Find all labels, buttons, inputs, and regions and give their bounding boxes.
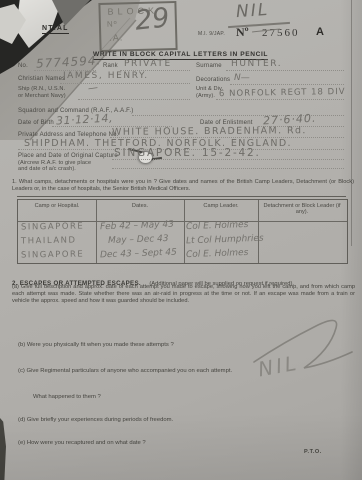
table-divider [96, 200, 97, 263]
question-d: (d) Give briefly your experiences during… [18, 417, 173, 423]
table-row-camp: THAILAND [21, 236, 77, 247]
field-underline [230, 83, 344, 85]
table-row-dates: Dec 43 – Sept 45 [100, 248, 177, 261]
table-row-leader: Col E. Holmes [186, 248, 249, 260]
stamp-no-label: Nº [107, 20, 118, 29]
table-row-camp: SINGAPORE [21, 221, 84, 232]
table-header-camp: Camp or Hospital. [18, 203, 96, 209]
table-row-camp: SINGAPORE [21, 249, 84, 260]
question-1: 1. What camps, detachments or hospitals … [12, 179, 354, 193]
capture-label-3: and date of a/c crash). [18, 166, 76, 172]
decorations-label: Decorations [196, 77, 230, 83]
decorations-value: N— [234, 73, 250, 83]
stamp-a-label: .A. [109, 32, 123, 42]
field-underline [78, 98, 190, 100]
handwritten-block-number: 29 [133, 2, 170, 36]
table-divider [258, 200, 259, 263]
question-c2: What happened to them ? [33, 394, 101, 400]
page-edge [351, 0, 352, 246]
question-e: (e) How were you recaptured and on what … [18, 440, 146, 446]
christian-names-value: JAMES, HENRY. [63, 71, 149, 81]
question-c: (c) Give Regimental particulars of anyon… [18, 368, 232, 374]
ship-label-1: Ship (R.N., U.S.N. [18, 86, 65, 92]
handwritten-nil-large: NIL [252, 312, 362, 397]
capture-label-1: Place and Date of Original Capture [18, 153, 118, 159]
field-underline [110, 136, 344, 138]
question-b: (b) Were you physically fit when you mad… [18, 342, 174, 348]
rank-value: PRIVATE [124, 59, 172, 69]
field-underline [112, 158, 344, 160]
no-label: No. [18, 63, 28, 69]
ref-no-label: Nº [236, 25, 249, 40]
date-of-birth-label: Date of Birth [18, 120, 54, 126]
field-underline [112, 167, 344, 169]
table-header-dates: Dates. [96, 203, 184, 209]
christian-names-label: Christian Names [18, 76, 65, 82]
table-row-dates: May – Dec 43 [108, 234, 169, 246]
rank-label: Rank [103, 63, 118, 69]
field-underline [60, 82, 190, 84]
scan-edge-strip [0, 418, 8, 480]
table-header-detachment: Detachment or Block Leader (if any). [262, 203, 342, 216]
surname-value: HUNTER. [231, 59, 282, 69]
field-underline [226, 69, 344, 71]
table-top-rule [17, 196, 346, 197]
table-header-leader: Camp Leader. [184, 203, 258, 209]
unit-label-2: (Army). [196, 93, 215, 99]
pto-label: P.T.O. [304, 449, 322, 455]
section2-paragraph-a: (a) Give full description and approx. da… [12, 284, 355, 306]
handwritten-nil-top: NIL [235, 0, 270, 22]
ref-suffix: A [316, 26, 324, 38]
table-row-leader: Col E. Holmes [186, 220, 249, 232]
ship-value: — [87, 82, 98, 94]
confidential-stamp-partial: NTIAL [42, 25, 69, 34]
table-row-leader: Lt Col Humphries [186, 234, 264, 247]
scanned-pow-form: NTIAL BLOCK Nº .A. 29 M.I. 9/JAP. Nº 275… [0, 0, 362, 480]
surname-label: Surname [196, 63, 222, 69]
table-divider [184, 200, 185, 263]
camp-table: Camp or Hospital. Dates. Camp Leader. De… [17, 199, 348, 264]
ship-label-2: or Merchant Navy) [18, 93, 66, 99]
mi9-dept-label: M.I. 9/JAP. [198, 31, 225, 37]
field-underline [216, 98, 344, 100]
table-row-dates: Feb 42 – May 43 [100, 220, 174, 233]
